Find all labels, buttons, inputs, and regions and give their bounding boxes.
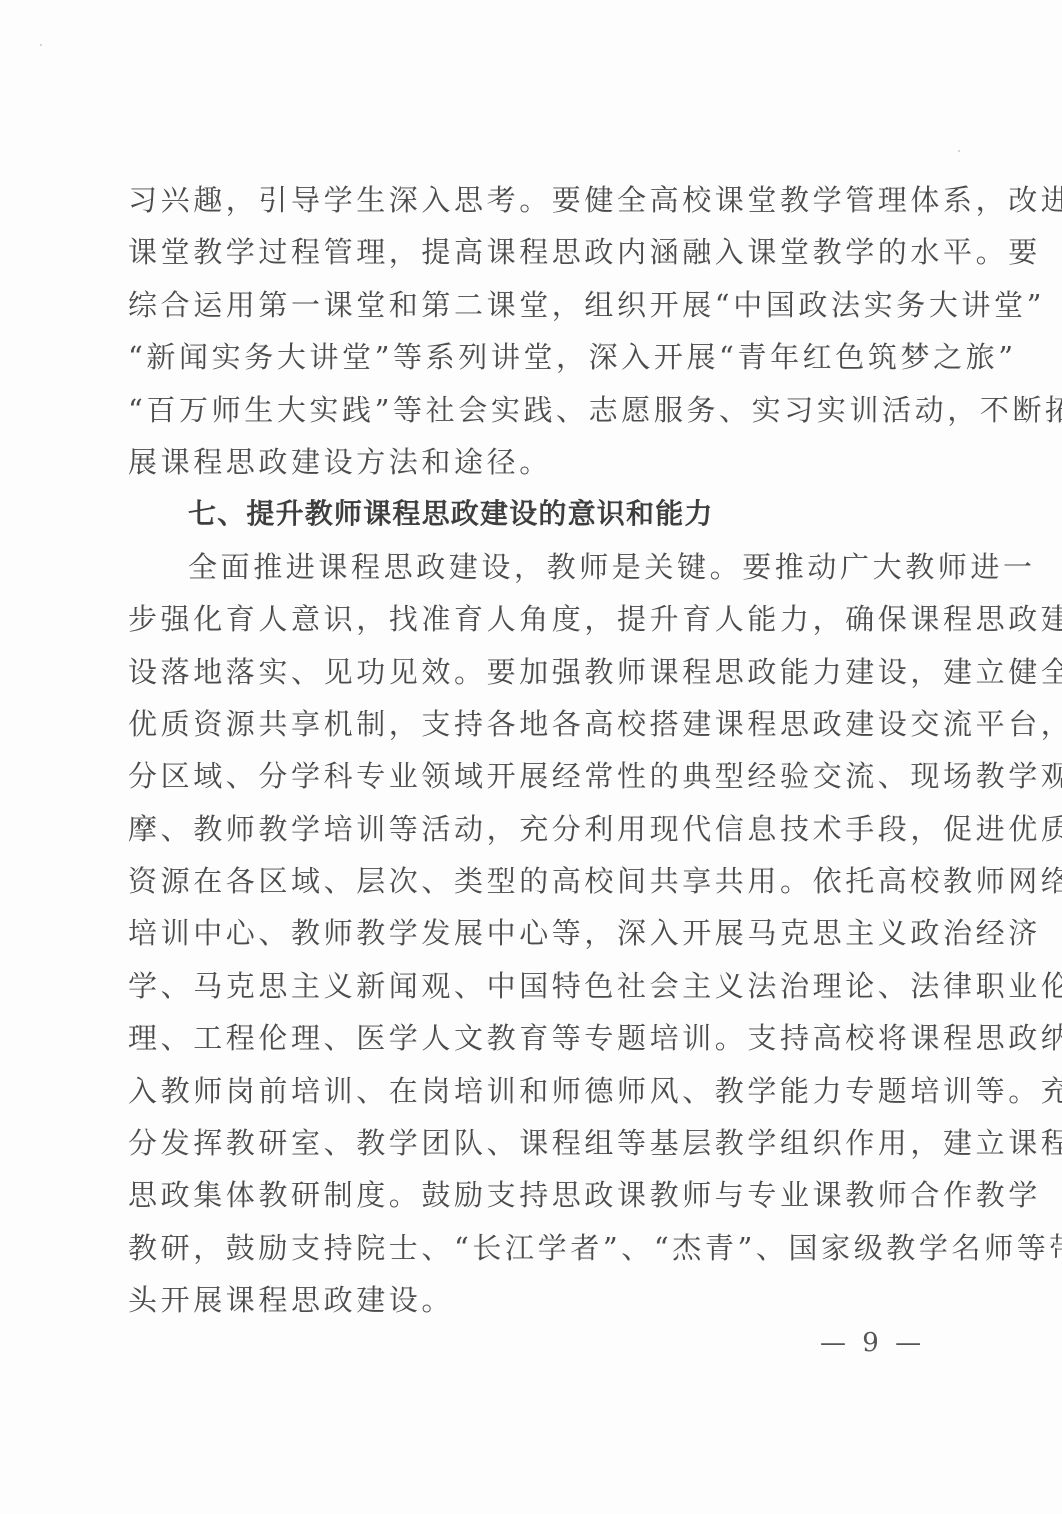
- text-line: 步强化育人意识，找准育人角度，提升育人能力，确保课程思政建: [128, 593, 920, 645]
- text-line: 全面推进课程思政建设，教师是关键。要推动广大教师进一: [128, 541, 920, 593]
- text-line: “百万师生大实践”等社会实践、志愿服务、实习实训活动，不断拓: [128, 384, 920, 436]
- text-line: 摩、教师教学培训等活动，充分利用现代信息技术手段，促进优质: [128, 803, 920, 855]
- scan-speck: [958, 150, 960, 152]
- text-line: 入教师岗前培训、在岗培训和师德师风、教学能力专题培训等。充: [128, 1065, 920, 1117]
- text-line: 展课程思政建设方法和途径。: [128, 436, 920, 488]
- text-line: 思政集体教研制度。鼓励支持思政课教师与专业课教师合作教学: [128, 1169, 920, 1221]
- text-line: 头开展课程思政建设。: [128, 1274, 920, 1326]
- page-number: — 9 —: [820, 1328, 925, 1358]
- text-line: 资源在各区域、层次、类型的高校间共享共用。依托高校教师网络: [128, 855, 920, 907]
- scan-speck: [40, 44, 42, 46]
- paragraph-section-7: 全面推进课程思政建设，教师是关键。要推动广大教师进一 步强化育人意识，找准育人角…: [128, 541, 920, 1327]
- text-line: 优质资源共享机制，支持各地各高校搭建课程思政建设交流平台，: [128, 698, 920, 750]
- body-text: 习兴趣，引导学生深入思考。要健全高校课堂教学管理体系，改进 课堂教学过程管理，提…: [128, 174, 920, 1327]
- text-line: 教研，鼓励支持院士、“长江学者”、“杰青”、国家级教学名师等带: [128, 1222, 920, 1274]
- text-line: 培训中心、教师教学发展中心等，深入开展马克思主义政治经济: [128, 907, 920, 959]
- text-line: “新闻实务大讲堂”等系列讲堂，深入开展“青年红色筑梦之旅”: [128, 331, 920, 383]
- paragraph-continued: 习兴趣，引导学生深入思考。要健全高校课堂教学管理体系，改进 课堂教学过程管理，提…: [128, 174, 920, 488]
- text-line: 习兴趣，引导学生深入思考。要健全高校课堂教学管理体系，改进: [128, 174, 920, 226]
- text-line: 综合运用第一课堂和第二课堂，组织开展“中国政法实务大讲堂”: [128, 279, 920, 331]
- text-line: 课堂教学过程管理，提高课程思政内涵融入课堂教学的水平。要: [128, 226, 920, 278]
- section-heading: 七、提升教师课程思政建设的意识和能力: [128, 488, 920, 540]
- text-line: 学、马克思主义新闻观、中国特色社会主义法治理论、法律职业伦: [128, 960, 920, 1012]
- text-line: 分区域、分学科专业领域开展经常性的典型经验交流、现场教学观: [128, 750, 920, 802]
- document-page: 习兴趣，引导学生深入思考。要健全高校课堂教学管理体系，改进 课堂教学过程管理，提…: [0, 0, 1062, 1514]
- text-line: 设落地落实、见功见效。要加强教师课程思政能力建设，建立健全: [128, 646, 920, 698]
- text-line: 分发挥教研室、教学团队、课程组等基层教学组织作用，建立课程: [128, 1117, 920, 1169]
- text-line: 理、工程伦理、医学人文教育等专题培训。支持高校将课程思政纳: [128, 1012, 920, 1064]
